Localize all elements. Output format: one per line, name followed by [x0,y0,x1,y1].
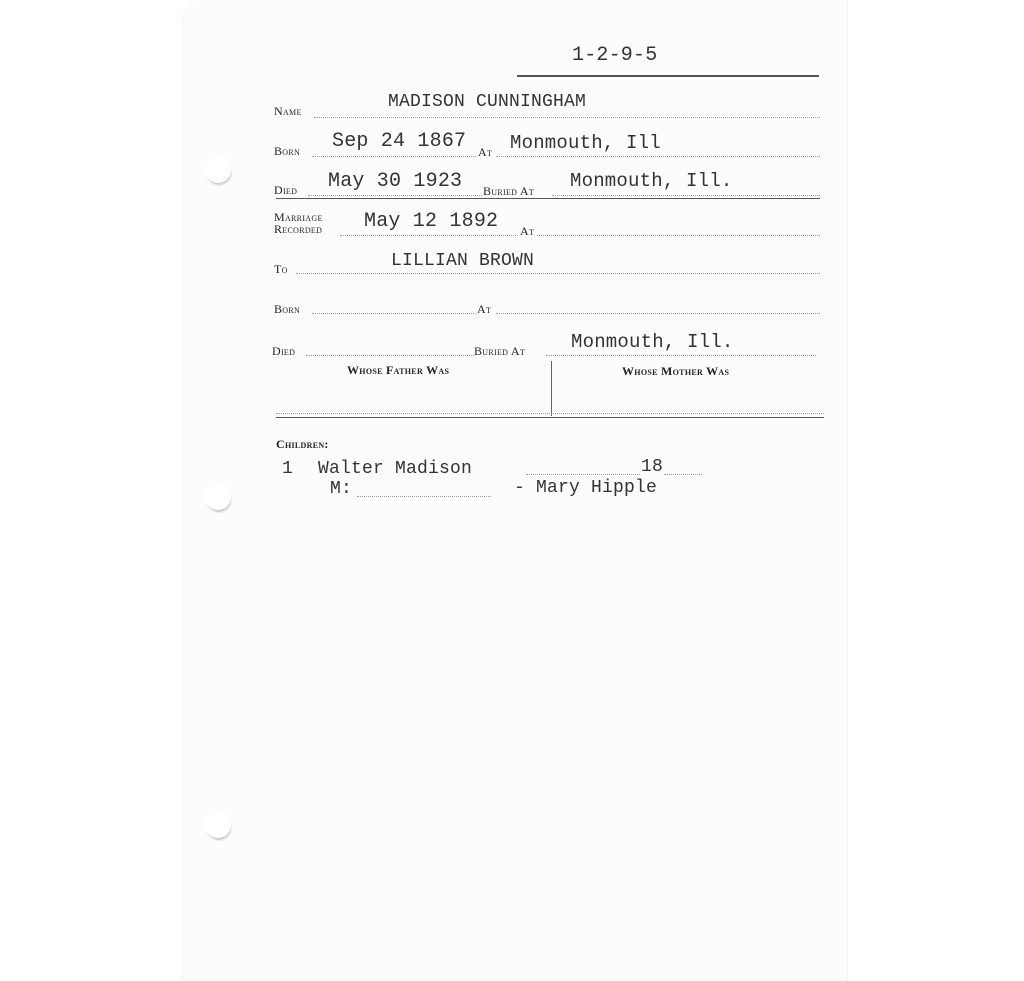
spouse-died-date-line [306,355,474,356]
spouse-name: LILLIAN BROWN [391,251,534,271]
died-buried-at-label: Buried At [483,184,534,199]
subject-born-date: Sep 24 1867 [332,130,466,153]
spouse-born-at-label: At [477,302,491,317]
subject-died-date: May 30 1923 [328,170,462,193]
spouse-born-place-line [496,313,820,314]
spouse-died-label: Died [272,344,295,359]
child-birth-year: 18 [641,457,663,477]
child-birth-line [526,474,640,475]
name-label: Name [274,104,302,119]
hole-punch-middle [205,484,231,510]
reference-number: 1-2-9-5 [572,44,657,67]
marriage-date: May 12 1892 [364,210,498,233]
children-label: Children: [276,437,329,452]
marriage-date-line [340,235,518,236]
parents-dotted-line [276,413,824,414]
parents-bottom-rule [276,417,824,418]
died-date-line [308,195,482,196]
recorded-label: Recorded [274,223,322,235]
child-name: Walter Madison [318,459,472,479]
marriage-place-line [537,235,820,236]
spouse-buried-place-line [546,355,816,356]
child-birth-year-line [664,474,702,475]
child-married-line [357,496,491,497]
buried-place-line [552,195,820,196]
spouse-born-label: Born [274,302,300,317]
name-line [314,117,820,118]
whose-mother-was-label: Whose Mother Was [622,364,729,379]
hole-punch-bottom [205,812,231,838]
spouse-born-date-line [312,313,476,314]
whose-father-was-label: Whose Father Was [347,363,449,378]
to-label: To [274,262,288,277]
subject-buried-place: Monmouth, Ill. [570,170,732,192]
spouse-buried-place: Monmouth, Ill. [571,331,733,353]
hole-punch-top [205,157,231,183]
parents-divider [551,361,552,416]
child-married-label: M: [330,479,352,499]
born-place-line [496,156,820,157]
child-number: 1 [282,459,293,479]
to-line [296,273,820,274]
subject-born-place: Monmouth, Ill [510,132,661,154]
subject-name: MADISON CUNNINGHAM [388,92,586,112]
child-spouse: - Mary Hipple [514,478,657,498]
spouse-buried-at-label: Buried At [474,344,525,359]
subject-section-divider [276,198,820,199]
died-label: Died [274,183,297,198]
born-date-line [312,156,476,157]
born-label: Born [274,144,300,159]
marriage-at-label: At [520,224,534,239]
reference-underline [517,75,819,77]
born-at-label: At [478,145,492,160]
